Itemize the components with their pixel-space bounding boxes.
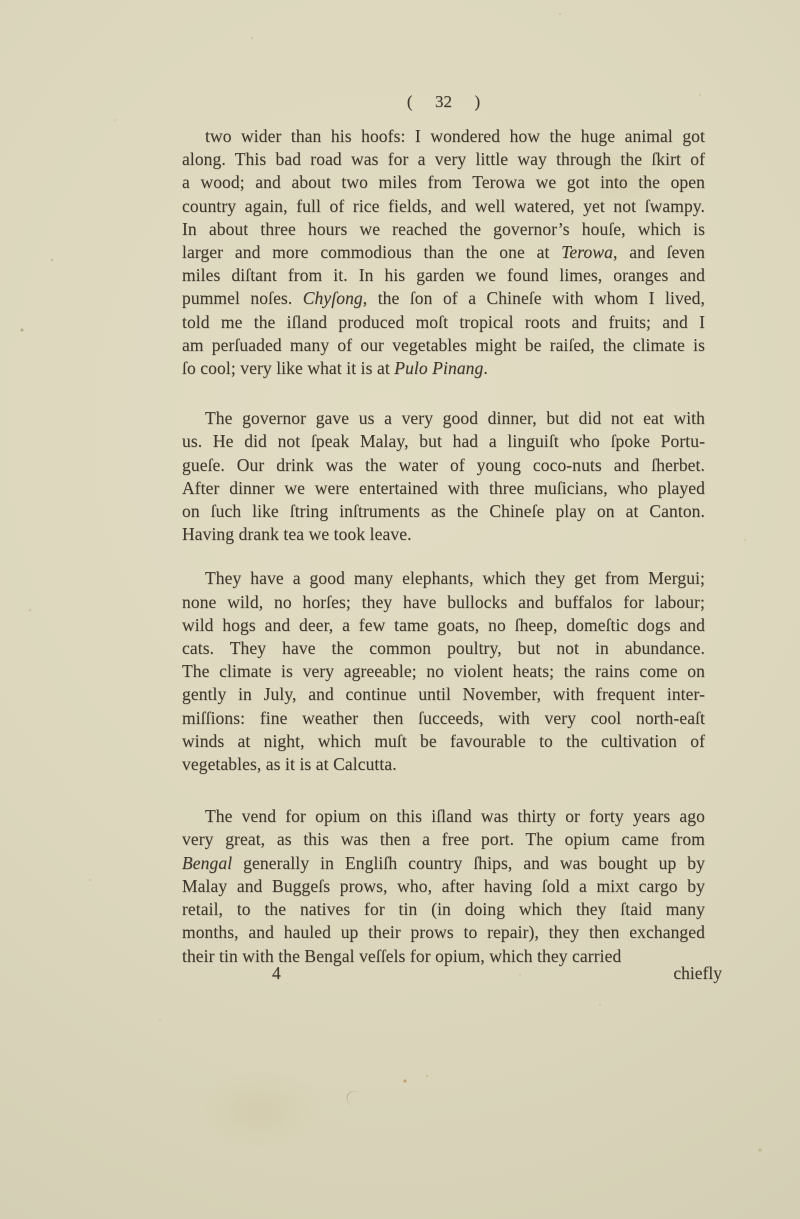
- text-line: very great, as this was then a free port…: [182, 828, 705, 851]
- roman-text: along. This bad road was for a very litt…: [182, 149, 705, 169]
- text-line: none wild, no horſes; they have bullocks…: [182, 591, 705, 614]
- text-line: ſo cool; very like what it is at Pulo Pi…: [182, 357, 705, 380]
- roman-text: , the ſon of a Chineſe with whom I lived…: [363, 288, 705, 308]
- text-line: The governor gave us a very good dinner,…: [182, 407, 705, 430]
- roman-text: Having drank tea we took leave.: [182, 524, 412, 544]
- italic-text: Terowa: [561, 242, 613, 262]
- paragraph: two wider than his hoofs: I wondered how…: [182, 125, 705, 380]
- italic-text: Pulo Pinang: [394, 358, 483, 378]
- roman-text: us. He did not ſpeak Malay, but had a li…: [182, 431, 705, 451]
- text-line: retail, to the natives for tin (in doing…: [182, 898, 705, 921]
- roman-text: They have a good many elephants, which t…: [205, 568, 705, 588]
- roman-text: generally in Engliſh country ſhips, and …: [232, 853, 705, 873]
- text-line: They have a good many elephants, which t…: [182, 567, 705, 590]
- text-line: told me the iſland produced moſt tropica…: [182, 311, 705, 334]
- paragraph: They have a good many elephants, which t…: [182, 567, 705, 776]
- text-line: cats. They have the common poultry, but …: [182, 637, 705, 660]
- roman-text: The vend for opium on this iſland was th…: [205, 806, 705, 826]
- text-line: two wider than his hoofs: I wondered how…: [182, 125, 705, 148]
- roman-text: pummel noſes.: [182, 288, 303, 308]
- paragraph: The vend for opium on this iſland was th…: [182, 805, 705, 967]
- roman-text: retail, to the natives for tin (in doing…: [182, 899, 705, 919]
- roman-text: none wild, no horſes; they have bullocks…: [182, 592, 705, 612]
- text-line: winds at night, which muſt be favourable…: [182, 730, 705, 753]
- roman-text: vegetables, as it is at Calcutta.: [182, 754, 397, 774]
- text-line: miles diſtant from it. In his garden we …: [182, 264, 705, 287]
- text-line: pummel noſes. Chyſong, the ſon of a Chin…: [182, 287, 705, 310]
- paragraph: The governor gave us a very good dinner,…: [182, 407, 705, 546]
- catchword: chiefly: [673, 963, 722, 984]
- roman-text: on ſuch like ſtring inſtruments as the C…: [182, 501, 705, 521]
- text-line: Malay and Buggeſs prows, who, after havi…: [182, 875, 705, 898]
- text-line: country again, full of rice fields, and …: [182, 195, 705, 218]
- text-line: gueſe. Our drink was the water of young …: [182, 454, 705, 477]
- text-line: The vend for opium on this iſland was th…: [182, 805, 705, 828]
- roman-text: am perſuaded many of our vegetables migh…: [182, 335, 705, 355]
- italic-text: Bengal: [182, 853, 232, 873]
- roman-text: gueſe. Our drink was the water of young …: [182, 455, 705, 475]
- roman-text: miles diſtant from it. In his garden we …: [182, 265, 705, 285]
- text-line: months, and hauled up their prows to rep…: [182, 921, 705, 944]
- roman-text: winds at night, which muſt be favourable…: [182, 731, 705, 751]
- page-number-header: ( 32 ): [182, 92, 705, 112]
- text-line: Having drank tea we took leave.: [182, 523, 705, 546]
- text-line: miſſions: fine weather then ſucceeds, wi…: [182, 707, 705, 730]
- roman-text: , and ſeven: [613, 242, 705, 262]
- roman-text: miſſions: fine weather then ſucceeds, wi…: [182, 708, 705, 728]
- roman-text: told me the iſland produced moſt tropica…: [182, 312, 705, 332]
- footer-line: 4 chiefly: [182, 963, 705, 987]
- text-line: a wood; and about two miles from Terowa …: [182, 171, 705, 194]
- roman-text: In about three hours we reached the gove…: [182, 219, 705, 239]
- text-line: gently in July, and continue until Novem…: [182, 683, 705, 706]
- roman-text: two wider than his hoofs: I wondered how…: [205, 126, 705, 146]
- roman-text: gently in July, and continue until Novem…: [182, 684, 705, 704]
- roman-text: months, and hauled up their prows to rep…: [182, 922, 705, 942]
- text-line: us. He did not ſpeak Malay, but had a li…: [182, 430, 705, 453]
- text-line: wild hogs and deer, a few tame goats, no…: [182, 614, 705, 637]
- text-line: larger and more commodious than the one …: [182, 241, 705, 264]
- roman-text: a wood; and about two miles from Terowa …: [182, 172, 705, 192]
- italic-text: Chyſong: [303, 288, 363, 308]
- roman-text: .: [483, 358, 487, 378]
- roman-text: The climate is very agreeable; no violen…: [182, 661, 705, 681]
- text-block: two wider than his hoofs: I wondered how…: [182, 125, 705, 968]
- text-line: on ſuch like ſtring inſtruments as the C…: [182, 500, 705, 523]
- text-line: Bengal generally in Engliſh country ſhip…: [182, 852, 705, 875]
- roman-text: ſo cool; very like what it is at: [182, 358, 394, 378]
- roman-text: Malay and Buggeſs prows, who, after havi…: [182, 876, 705, 896]
- text-line: vegetables, as it is at Calcutta.: [182, 753, 705, 776]
- signature-mark: 4: [272, 963, 281, 984]
- roman-text: country again, full of rice fields, and …: [182, 196, 705, 216]
- text-line: In about three hours we reached the gove…: [182, 218, 705, 241]
- roman-text: larger and more commodious than the one …: [182, 242, 561, 262]
- book-page: ( 32 ) two wider than his hoofs: I wonde…: [0, 0, 800, 1219]
- text-line: along. This bad road was for a very litt…: [182, 148, 705, 171]
- roman-text: very great, as this was then a free port…: [182, 829, 705, 849]
- roman-text: The governor gave us a very good dinner,…: [205, 408, 705, 428]
- text-line: The climate is very agreeable; no violen…: [182, 660, 705, 683]
- roman-text: wild hogs and deer, a few tame goats, no…: [182, 615, 705, 635]
- roman-text: cats. They have the common poultry, but …: [182, 638, 705, 658]
- text-line: After dinner we were entertained with th…: [182, 477, 705, 500]
- roman-text: After dinner we were entertained with th…: [182, 478, 705, 498]
- text-line: am perſuaded many of our vegetables migh…: [182, 334, 705, 357]
